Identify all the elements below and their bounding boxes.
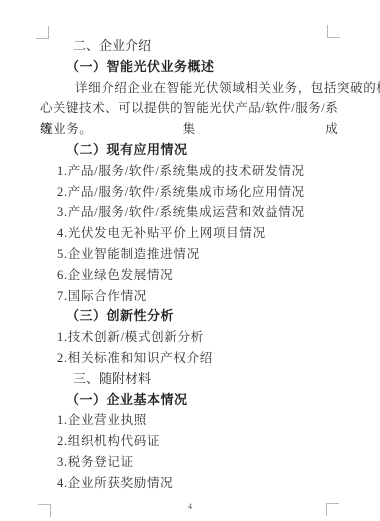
list-item: 3.税务登记证 bbox=[40, 452, 338, 473]
list-item: 1.技术创新/模式创新分析 bbox=[40, 327, 338, 348]
subsection-heading-current-application: （二）现有应用情况 bbox=[40, 140, 338, 161]
text-boundary-mark-bottom-right bbox=[326, 503, 339, 516]
document-body: 二、企业介绍 （一）智能光伏业务概述 详细介绍企业在智能光伏领域相关业务，包括突… bbox=[40, 36, 338, 494]
section-heading-attached-materials: 三、随附材料 bbox=[40, 369, 338, 390]
subsection-heading-innovation-analysis: （三）创新性分析 bbox=[40, 306, 338, 327]
list-item: 1.企业营业执照 bbox=[40, 410, 338, 431]
paragraph-line-1: 详细介绍企业在智能光伏领域相关业务，包括突破的核 bbox=[40, 78, 338, 99]
list-item: 4.光伏发电无补贴平价上网项目情况 bbox=[40, 223, 338, 244]
subsection-heading-pv-business-overview: （一）智能光伏业务概述 bbox=[40, 57, 338, 78]
subsection-heading-company-basic-info: （一）企业基本情况 bbox=[40, 390, 338, 411]
list-item: 3.产品/服务/软件/系统集成运营和效益情况 bbox=[40, 202, 338, 223]
list-item: 5.企业智能制造推进情况 bbox=[40, 244, 338, 265]
list-item: 4.企业所获奖励情况 bbox=[40, 473, 338, 494]
list-item: 2.组织机构代码证 bbox=[40, 431, 338, 452]
list-item: 2.产品/服务/软件/系统集成市场化应用情况 bbox=[40, 182, 338, 203]
list-item: 2.相关标准和知识产权介绍 bbox=[40, 348, 338, 369]
list-item: 7.国际合作情况 bbox=[40, 286, 338, 307]
list-item: 1.产品/服务/软件/系统集成的技术研发情况 bbox=[40, 161, 338, 182]
text-boundary-mark-bottom-left bbox=[38, 504, 51, 517]
document-page: 二、企业介绍 （一）智能光伏业务概述 详细介绍企业在智能光伏领域相关业务，包括突… bbox=[0, 0, 380, 521]
list-item: 6.企业绿色发展情况 bbox=[40, 265, 338, 286]
page-number: 4 bbox=[188, 502, 192, 512]
section-heading-company-intro: 二、企业介绍 bbox=[40, 36, 338, 57]
paragraph-line-2: 心关键技术、可以提供的智能光伏产品/软件/服务/系统集成 bbox=[40, 98, 338, 119]
